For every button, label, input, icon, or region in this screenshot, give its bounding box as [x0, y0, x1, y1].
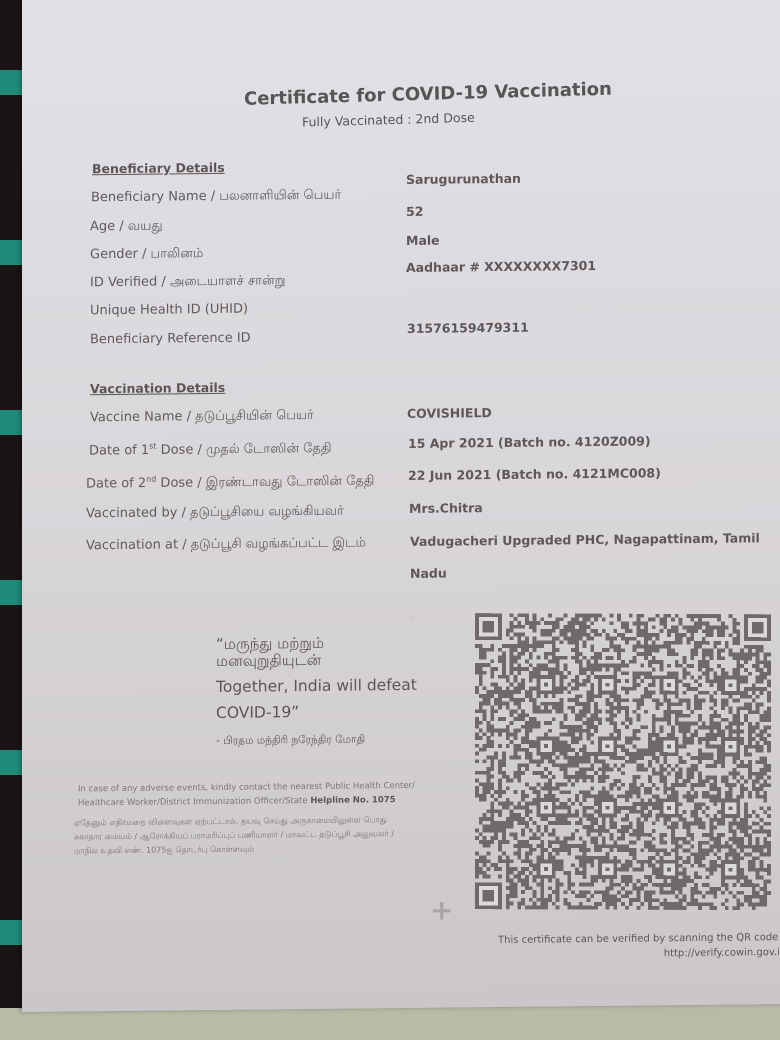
value-vaccination-at-line2: Nadu	[410, 566, 447, 581]
label-beneficiary-reference-id: Beneficiary Reference ID	[90, 331, 251, 348]
value-beneficiary-name: Sarugurunathan	[406, 171, 521, 187]
beneficiary-details-heading: Beneficiary Details	[92, 160, 225, 176]
plus-mark-small-icon: +	[408, 610, 418, 624]
adverse-events-english: In case of any adverse events, kindly co…	[78, 778, 458, 810]
value-age: 52	[406, 204, 423, 219]
value-id-verified: Aadhaar # XXXXXXXX7301	[406, 258, 596, 275]
value-vaccinated-by: Mrs.Chitra	[409, 500, 483, 516]
value-first-dose-date: 15 Apr 2021 (Batch no. 4120Z009)	[408, 433, 651, 451]
quote-tamil: “மருந்து மற்றும் மனவுறுதியுடன்	[216, 634, 446, 670]
divider	[78, 764, 448, 769]
label-vaccination-at: Vaccination at / தடுப்பூசி வழங்கப்பட்ட இ…	[86, 535, 366, 554]
adverse-events-tamil: ஏதேனும் எதிர்மறை விளைவுகள் ஏற்பட்டால், த…	[74, 812, 454, 858]
table-surface	[0, 1008, 780, 1040]
helpline-number: Helpline No. 1075	[310, 795, 395, 806]
label-vaccine-name: Vaccine Name / தடுப்பூசியின் பெயர்	[90, 408, 314, 426]
certificate-paper: Certificate for COVID-19 Vaccination Ful…	[22, 0, 780, 1012]
label-uhid: Unique Health ID (UHID)	[90, 302, 248, 319]
label-first-dose-date: Date of 1st Dose / முதல் டோஸின் தேதி	[89, 440, 332, 460]
value-vaccine-name: COVISHIELD	[407, 405, 492, 421]
label-age: Age / வயது	[90, 219, 163, 236]
value-beneficiary-reference-id: 31576159479311	[407, 320, 529, 336]
value-gender: Male	[406, 233, 440, 248]
verify-note: This certificate can be verified by scan…	[498, 930, 780, 963]
label-gender: Gender / பாலினம்	[90, 246, 203, 263]
certificate-title: Certificate for COVID-19 Vaccination	[244, 79, 612, 110]
quote-attribution: - பிரதம மந்திரி நரேந்திர மோதி	[216, 733, 365, 748]
label-vaccinated-by: Vaccinated by / தடுப்பூசியை வழங்கியவர்	[86, 504, 344, 523]
vaccination-details-heading: Vaccination Details	[90, 380, 225, 396]
quote-english: Together, India will defeat COVID-19”	[216, 672, 446, 726]
qr-code	[470, 613, 776, 910]
value-vaccination-at: Vadugacheri Upgraded PHC, Nagapattinam, …	[410, 530, 760, 549]
certificate-subtitle: Fully Vaccinated : 2nd Dose	[302, 110, 475, 130]
label-id-verified: ID Verified / அடையாளச் சான்று	[90, 273, 285, 291]
label-second-dose-date: Date of 2nd Dose / இரண்டாவது டோஸின் தேதி	[86, 472, 374, 492]
plus-mark-icon: +	[430, 893, 453, 926]
value-second-dose-date: 22 Jun 2021 (Batch no. 4121MC008)	[408, 465, 661, 483]
verify-url: http://verify.cowin.gov.i	[498, 945, 780, 963]
label-beneficiary-name: Beneficiary Name / பலனாளியின் பெயர்	[91, 188, 341, 207]
